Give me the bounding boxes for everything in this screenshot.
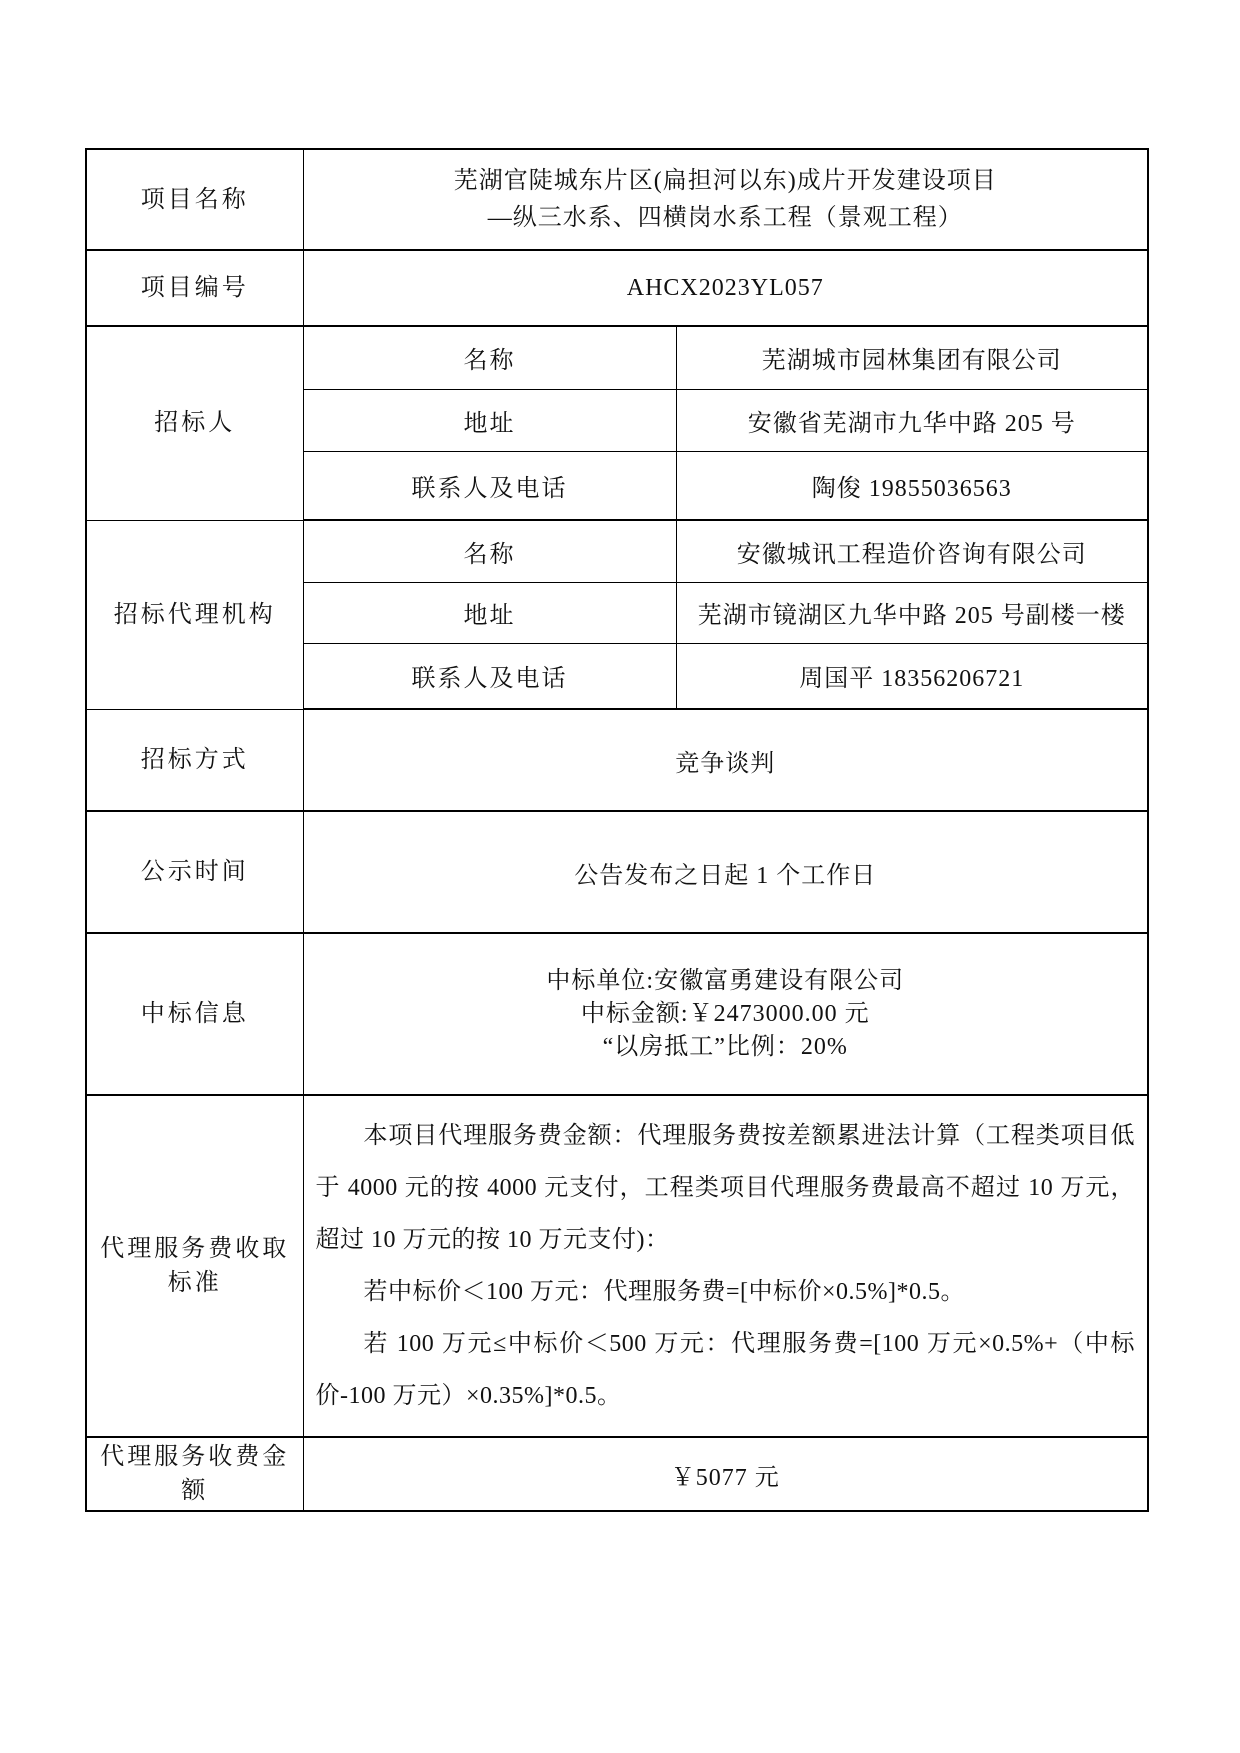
row-agency-fee-standard: 代理服务费收取标准 本项目代理服务费金额：代理服务费按差额累进法计算（工程类项目… [86,1095,1148,1437]
agency-label: 招标代理机构 [86,520,303,709]
agency-address-value: 芜湖市镜湖区九华中路 205 号副楼一楼 [676,582,1148,643]
agency-name-value: 安徽城讯工程造价咨询有限公司 [676,520,1148,582]
document-page: 项目名称 芜湖官陡城东片区(扁担河以东)成片开发建设项目 —纵三水系、四横岗水系… [0,0,1240,1753]
project-name-value: 芜湖官陡城东片区(扁担河以东)成片开发建设项目 —纵三水系、四横岗水系工程（景观… [303,149,1148,250]
agency-contact-value: 周国平 18356206721 [676,643,1148,709]
row-agency-name: 招标代理机构 名称 安徽城讯工程造价咨询有限公司 [86,520,1148,582]
agency-contact-label: 联系人及电话 [303,643,676,709]
award-info-label: 中标信息 [86,933,303,1095]
award-winner-line: 中标单位:安徽富勇建设有限公司 [316,965,1136,998]
publicity-period-value: 公告发布之日起 1 个工作日 [303,811,1148,933]
tender-method-label: 招标方式 [86,709,303,811]
row-publicity-period: 公示时间 公告发布之日起 1 个工作日 [86,811,1148,933]
fee-paragraph-3: 若 100 万元≤中标价＜500 万元：代理服务费=[100 万元×0.5%+（… [316,1318,1136,1422]
agency-fee-standard-label: 代理服务费收取标准 [86,1095,303,1437]
agency-address-label: 地址 [303,582,676,643]
agency-fee-standard-text: 本项目代理服务费金额：代理服务费按差额累进法计算（工程类项目低于 4000 元的… [303,1095,1148,1437]
agency-fee-amount-value: ￥5077 元 [303,1437,1148,1511]
award-amount-line: 中标金额:￥2473000.00 元 [316,998,1136,1031]
row-project-name: 项目名称 芜湖官陡城东片区(扁担河以东)成片开发建设项目 —纵三水系、四横岗水系… [86,149,1148,250]
row-tenderer-name: 招标人 名称 芜湖城市园林集团有限公司 [86,326,1148,389]
agency-name-label: 名称 [303,520,676,582]
tenderer-name-label: 名称 [303,326,676,389]
project-name-line2: —纵三水系、四横岗水系工程（景观工程） [316,200,1136,237]
publicity-period-label: 公示时间 [86,811,303,933]
row-award-info: 中标信息 中标单位:安徽富勇建设有限公司 中标金额:￥2473000.00 元 … [86,933,1148,1095]
award-ratio-line: “以房抵工”比例：20% [316,1031,1136,1064]
fee-paragraph-2: 若中标价＜100 万元：代理服务费=[中标价×0.5%]*0.5。 [316,1266,1136,1318]
tenderer-contact-label: 联系人及电话 [303,451,676,520]
tenderer-address-label: 地址 [303,389,676,451]
tenderer-contact-value: 陶俊 19855036563 [676,451,1148,520]
row-agency-fee-amount: 代理服务收费金额 ￥5077 元 [86,1437,1148,1511]
tenderer-address-value: 安徽省芜湖市九华中路 205 号 [676,389,1148,451]
row-project-number: 项目编号 AHCX2023YL057 [86,250,1148,326]
tender-announcement-table: 项目名称 芜湖官陡城东片区(扁担河以东)成片开发建设项目 —纵三水系、四横岗水系… [85,148,1149,1512]
agency-fee-amount-label: 代理服务收费金额 [86,1437,303,1511]
project-number-value: AHCX2023YL057 [303,250,1148,326]
fee-paragraph-1: 本项目代理服务费金额：代理服务费按差额累进法计算（工程类项目低于 4000 元的… [316,1110,1136,1266]
project-number-label: 项目编号 [86,250,303,326]
award-info-value: 中标单位:安徽富勇建设有限公司 中标金额:￥2473000.00 元 “以房抵工… [303,933,1148,1095]
row-tender-method: 招标方式 竞争谈判 [86,709,1148,811]
project-name-label: 项目名称 [86,149,303,250]
project-name-line1: 芜湖官陡城东片区(扁担河以东)成片开发建设项目 [316,163,1136,200]
tenderer-label: 招标人 [86,326,303,520]
tender-method-value: 竞争谈判 [303,709,1148,811]
tenderer-name-value: 芜湖城市园林集团有限公司 [676,326,1148,389]
